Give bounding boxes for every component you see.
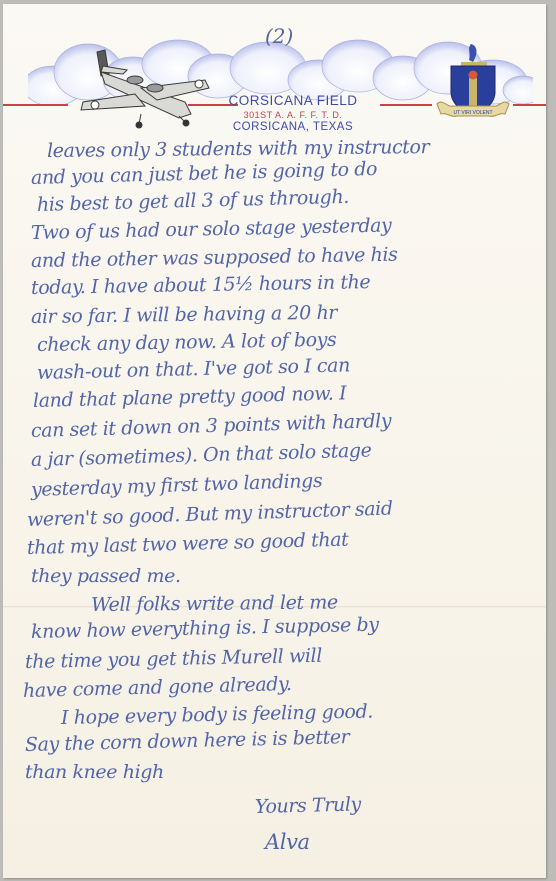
text-line: they passed me.	[31, 565, 181, 587]
text-line: yesterday my first two landings	[31, 470, 323, 501]
text-line: air so far. I will be having a 20 hr	[31, 302, 337, 328]
text-line: weren't so good. But my instructor said	[27, 498, 393, 531]
text-line: his best to get all 3 of us through.	[37, 186, 349, 216]
text-line: Well folks write and let me	[91, 591, 338, 616]
text-line: Say the corn down here is is better	[25, 726, 350, 756]
text-line: have come and gone already.	[23, 673, 292, 702]
text-line: and you can just bet he is going to do	[31, 158, 378, 189]
unit-crest-icon: UT VIRI VOLENT	[433, 42, 513, 124]
text-line: today. I have about 15½ hours in the	[31, 271, 371, 299]
text-line: know how everything is. I suppose by	[31, 614, 379, 643]
text-line: check any day now. A lot of boys	[37, 329, 337, 356]
text-line: I hope every body is feeling good.	[61, 700, 373, 729]
text-line: Two of us had our solo stage yesterday	[31, 214, 392, 244]
text-line: that my last two were so good that	[27, 529, 349, 559]
text-line: and the other was supposed to have his	[31, 244, 398, 272]
letterhead-location: CORSICANA, TEXAS	[193, 121, 393, 133]
text-line: can set it down on 3 points with hardly	[31, 410, 392, 442]
page-number: (2)	[265, 24, 293, 48]
header-rule-left	[3, 104, 68, 106]
letterhead-unit: 301ST A. A. F. F. T. D.	[193, 110, 393, 120]
letterhead-title: CORSICANA FIELD	[193, 93, 393, 108]
text-line: the time you get this Murell will	[25, 645, 322, 673]
letter-signature: Alva	[265, 830, 310, 854]
text-line: than knee high	[25, 761, 164, 783]
text-line: a jar (sometimes). On that solo stage	[31, 439, 372, 471]
text-line: wash-out on that. I've got so I can	[37, 354, 350, 384]
letter-closing: Yours Truly	[255, 793, 361, 818]
svg-text:UT VIRI VOLENT: UT VIRI VOLENT	[453, 110, 492, 116]
header-rule-right	[513, 104, 546, 106]
letter-page: (2) CORSICANA FIELD 301ST A. A. F. F. T.…	[3, 4, 546, 878]
text-line: land that plane pretty good now. I	[33, 382, 347, 412]
